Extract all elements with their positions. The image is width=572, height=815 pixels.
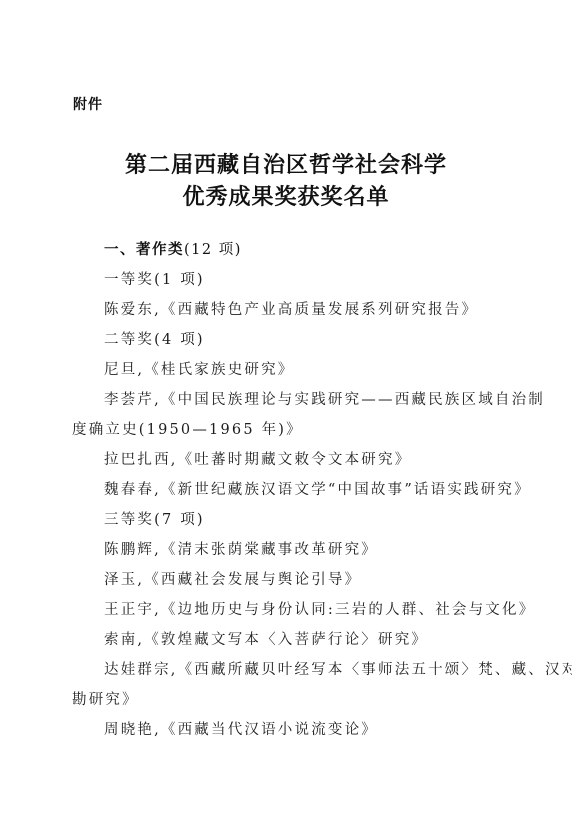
section-heading-count: (12 项) [184,242,242,258]
document-page: 附件 第二届西藏自治区哲学社会科学 优秀成果奖获奖名单 一、著作类(12 项) … [0,0,572,815]
award-entry: 拉巴扎西,《吐蕃时期藏文敕令文本研究》 [104,448,411,469]
award-entry: 魏春春,《新世纪藏族汉语文学“中国故事”话语实践研究》 [104,478,531,499]
award-entry: 李荟芹,《中国民族理论与实践研究——西藏民族区域自治制 [104,388,545,409]
award-tier-first: 一等奖(1 项) [104,268,205,289]
attachment-label: 附件 [73,94,103,114]
award-entry: 陈鹏辉,《清末张荫棠藏事改革研究》 [104,538,378,559]
award-entry: 陈爱东,《西藏特色产业高质量发展系列研究报告》 [104,298,478,319]
award-entry: 泽玉,《西藏社会发展与舆论引导》 [104,568,361,589]
section-heading-text: 一、著作类 [104,242,184,258]
award-tier-third: 三等奖(7 项) [104,508,205,529]
award-entry-continuation: 勘研究》 [72,688,139,709]
award-entry: 索南,《敦煌藏文写本〈入菩萨行论〉研究》 [104,628,428,649]
document-title-line-2: 优秀成果奖获奖名单 [0,180,572,211]
award-entry: 尼旦,《桂氏家族史研究》 [104,358,295,379]
award-entry: 达娃群宗,《西藏所藏贝叶经写本〈事师法五十颂〉梵、藏、汉对 [104,658,572,679]
award-entry: 王正宇,《边地历史与身份认同:三岩的人群、社会与文化》 [104,598,535,619]
award-entry-continuation: 度确立史(1950—1965 年)》 [72,418,303,439]
document-title-line-1: 第二届西藏自治区哲学社会科学 [0,148,572,179]
award-entry: 周晓艳,《西藏当代汉语小说流变论》 [104,718,378,739]
section-heading: 一、著作类(12 项) [104,238,242,259]
award-tier-second: 二等奖(4 项) [104,328,205,349]
